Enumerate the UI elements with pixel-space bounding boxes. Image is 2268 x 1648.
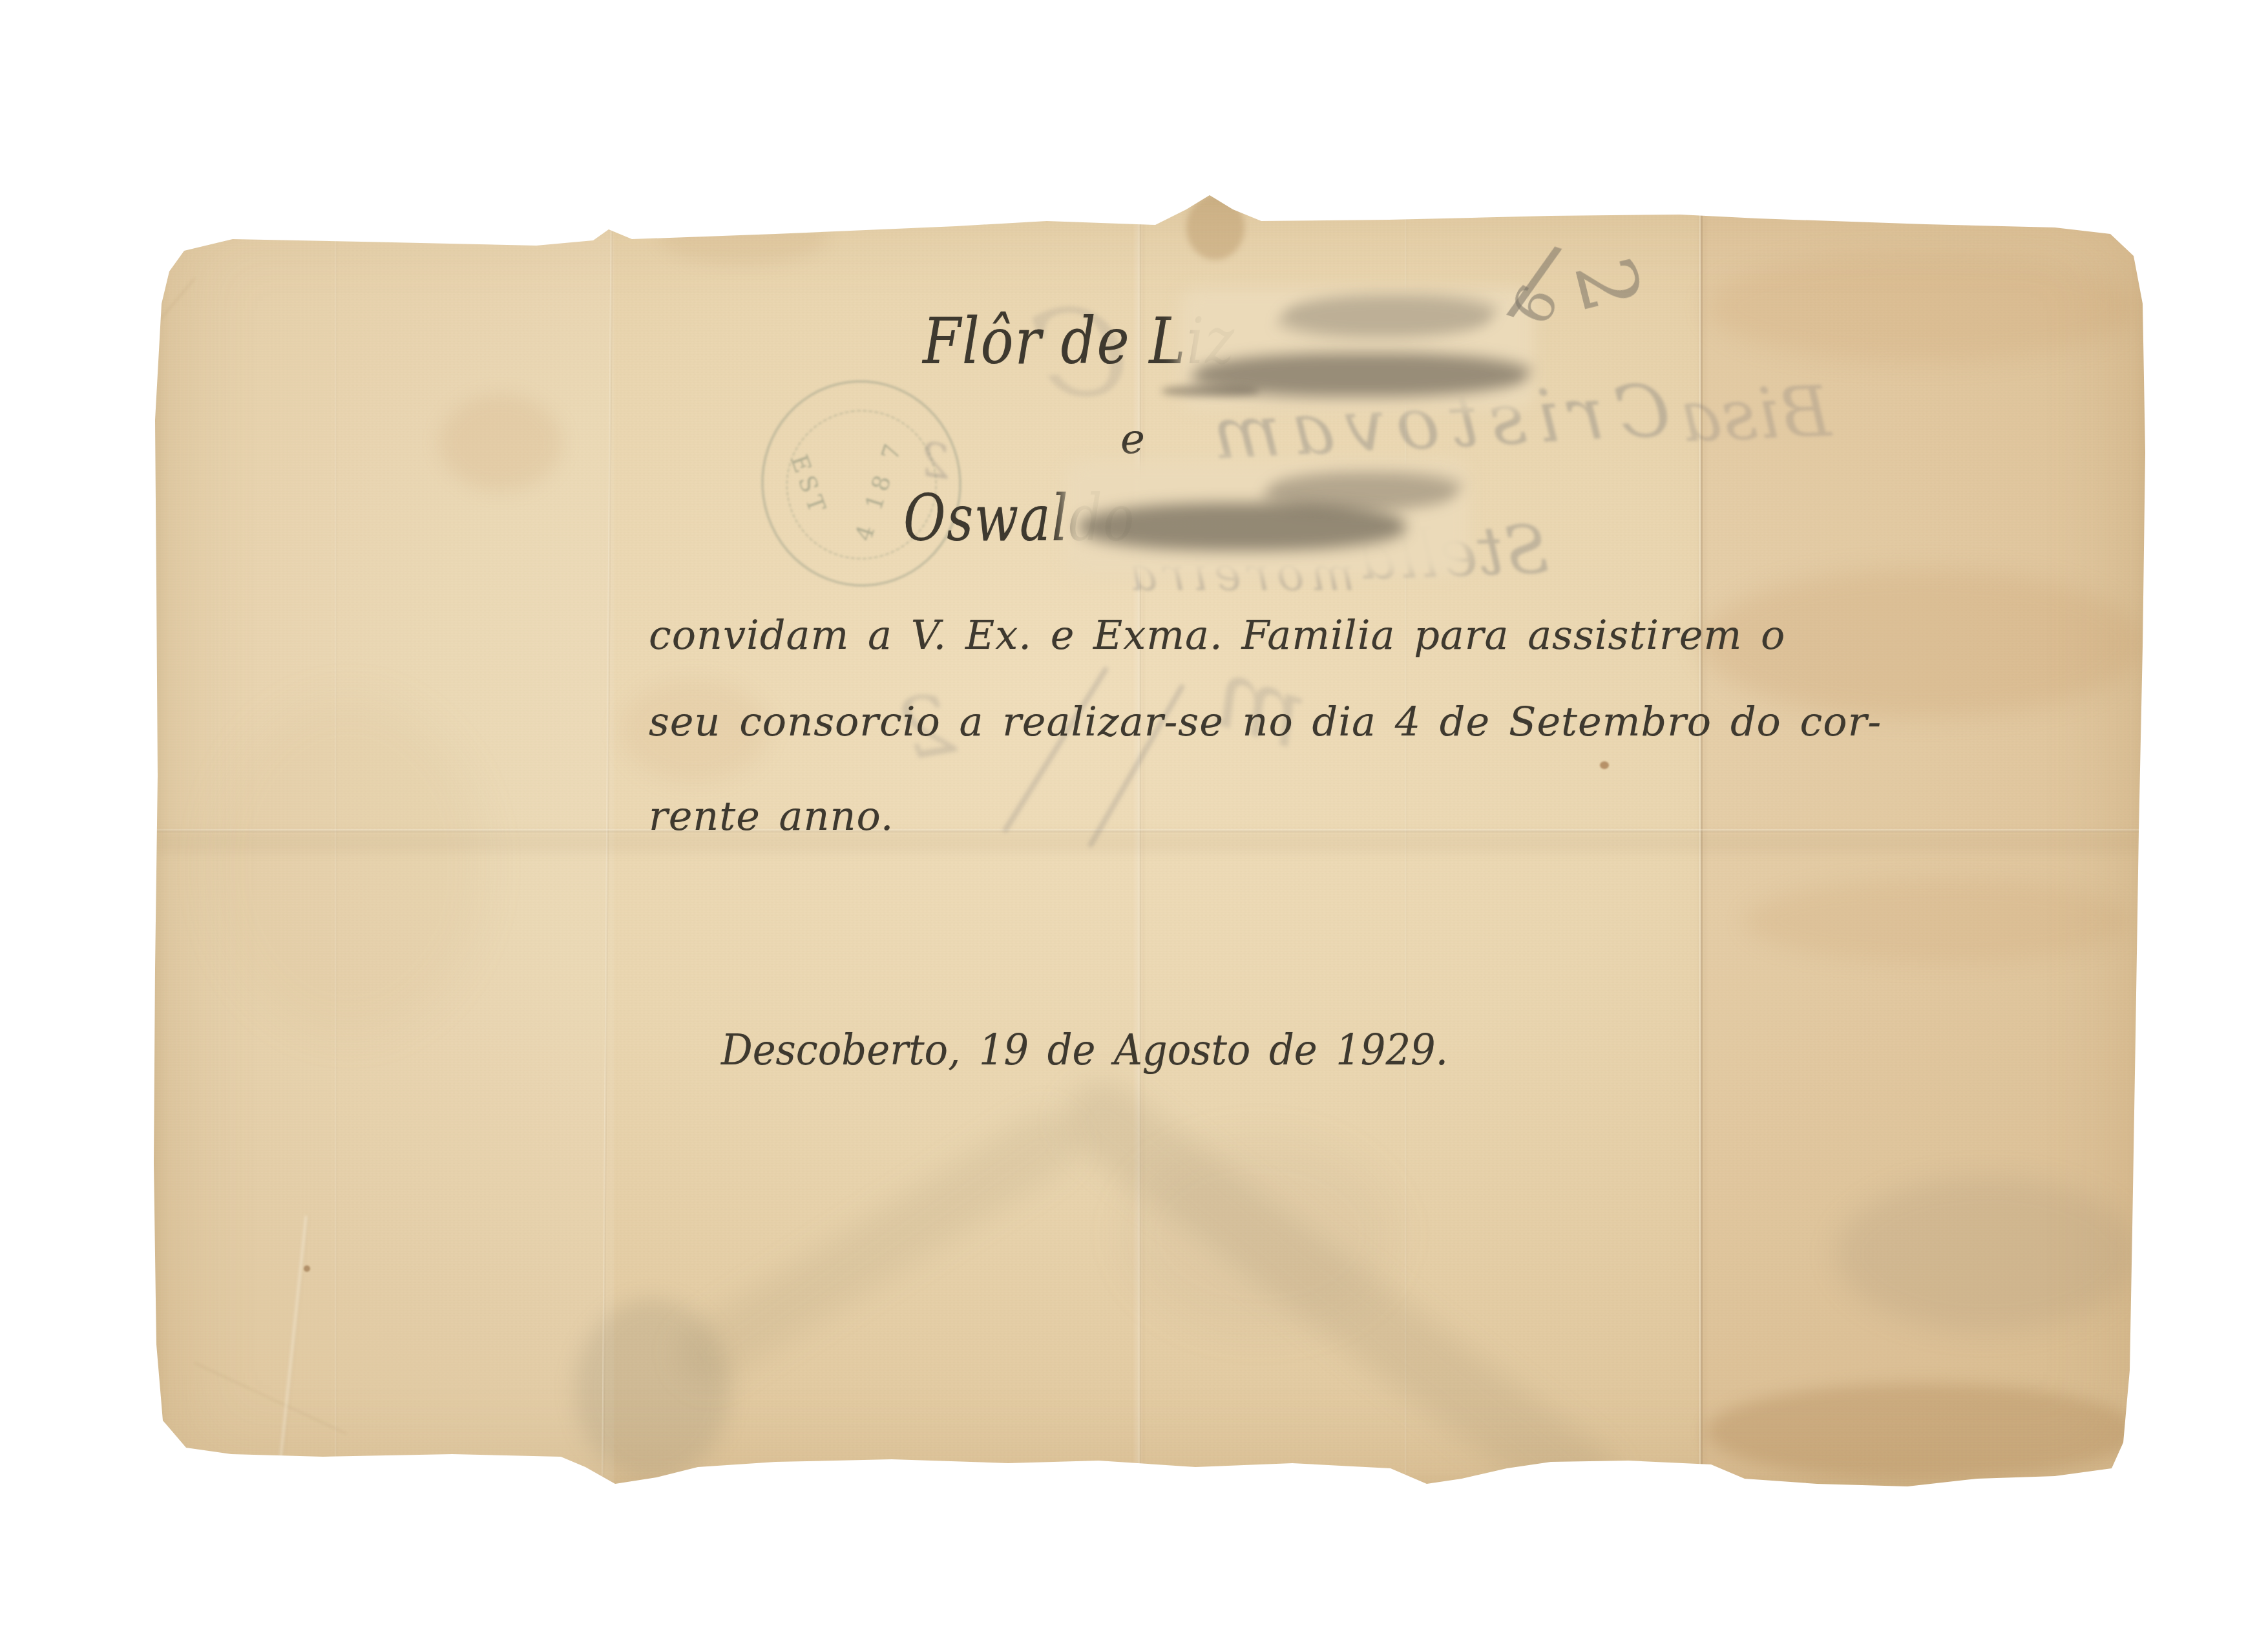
invitation-paper: C Cristovam Bisa Stella moreira 2 m 2 ES… (0, 0, 2268, 1648)
scanned-document-background: C Cristovam Bisa Stella moreira 2 m 2 ES… (0, 0, 2268, 1648)
paper-edge-vignette (152, 191, 2149, 1491)
